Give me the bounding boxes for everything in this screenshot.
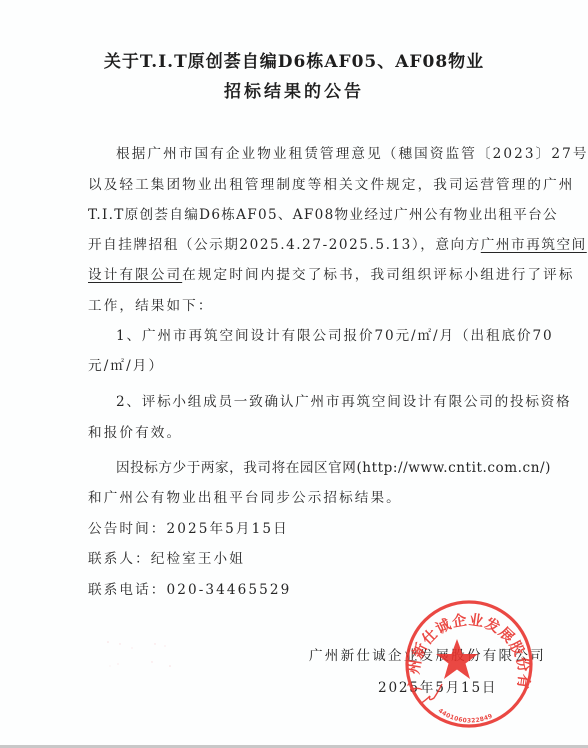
winning-bidder-name-part1: 广州市再筑空间: [481, 237, 587, 253]
signature-company: 广州新仕诚企业发展股份有限公司: [309, 644, 546, 664]
body-p1-line2: 以及轻工集团物业出租管理制度等相关文件规定，我司运营管理的广州: [88, 175, 520, 195]
body-p1-line5: 设计有限公司在规定时间内提交了标书，我司组织评标小组进行了评标: [88, 265, 520, 285]
seal-number-text: 4401060322849: [437, 707, 494, 724]
body-p1-line4-text: 开自挂牌招租（公示期2025.4.27-2025.5.13），意向方: [88, 237, 481, 253]
document-page: 关于T.I.T原创荟自编D6栋AF05、AF08物业 招标结果的公告 根据广州市…: [0, 0, 588, 745]
document-title-line2: 招标结果的公告: [0, 77, 588, 102]
body-p1-line5-text: 在规定时间内提交了标书，我司组织评标小组进行了评标: [182, 267, 574, 283]
body-p1-line6: 工作，结果如下：: [88, 296, 520, 316]
body-p1-line4: 开自挂牌招租（公示期2025.4.27-2025.5.13），意向方广州市再筑空…: [88, 235, 520, 255]
result-item-1-line2: 元/㎡/月）: [88, 356, 520, 376]
scan-noise-mark: [100, 640, 220, 680]
notice-line1: 因投标方少于两家，我司将在园区官网(http://www.cntit.com.c…: [116, 458, 520, 478]
result-item-2-line2: 和报价有效。: [88, 423, 520, 443]
company-seal-stamp: 广州新仕诚企业发展股份有限公司 4401060322849: [400, 594, 538, 734]
announce-time: 公告时间：2025年5月15日: [88, 519, 520, 539]
body-p1-line3: T.I.T原创荟自编D6栋AF05、AF08物业经过广州公有物业出租平台公: [88, 205, 520, 225]
notice-line2: 和广州公有物业出租平台同步公示招标结果。: [88, 488, 520, 508]
signature-date: 2025年5月15日: [378, 676, 497, 696]
winning-bidder-name-part2: 设计有限公司: [88, 267, 182, 283]
contact-phone: 联系电话：020-34465529: [88, 580, 520, 600]
result-item-2-line1: 2、评标小组成员一致确认广州市再筑空间设计有限公司的投标资格: [116, 392, 520, 412]
contact-person: 联系人：纪检室王小姐: [88, 549, 520, 569]
result-item-1-line1: 1、广州市再筑空间设计有限公司报价70元/㎡/月（出租底价70: [116, 326, 520, 346]
body-p1-line1: 根据广州市国有企业物业租赁管理意见（穗国资监管〔2023〕27号）: [116, 144, 520, 164]
document-title-line1: 关于T.I.T原创荟自编D6栋AF05、AF08物业: [0, 47, 588, 72]
svg-text:4401060322849: 4401060322849: [437, 707, 494, 724]
